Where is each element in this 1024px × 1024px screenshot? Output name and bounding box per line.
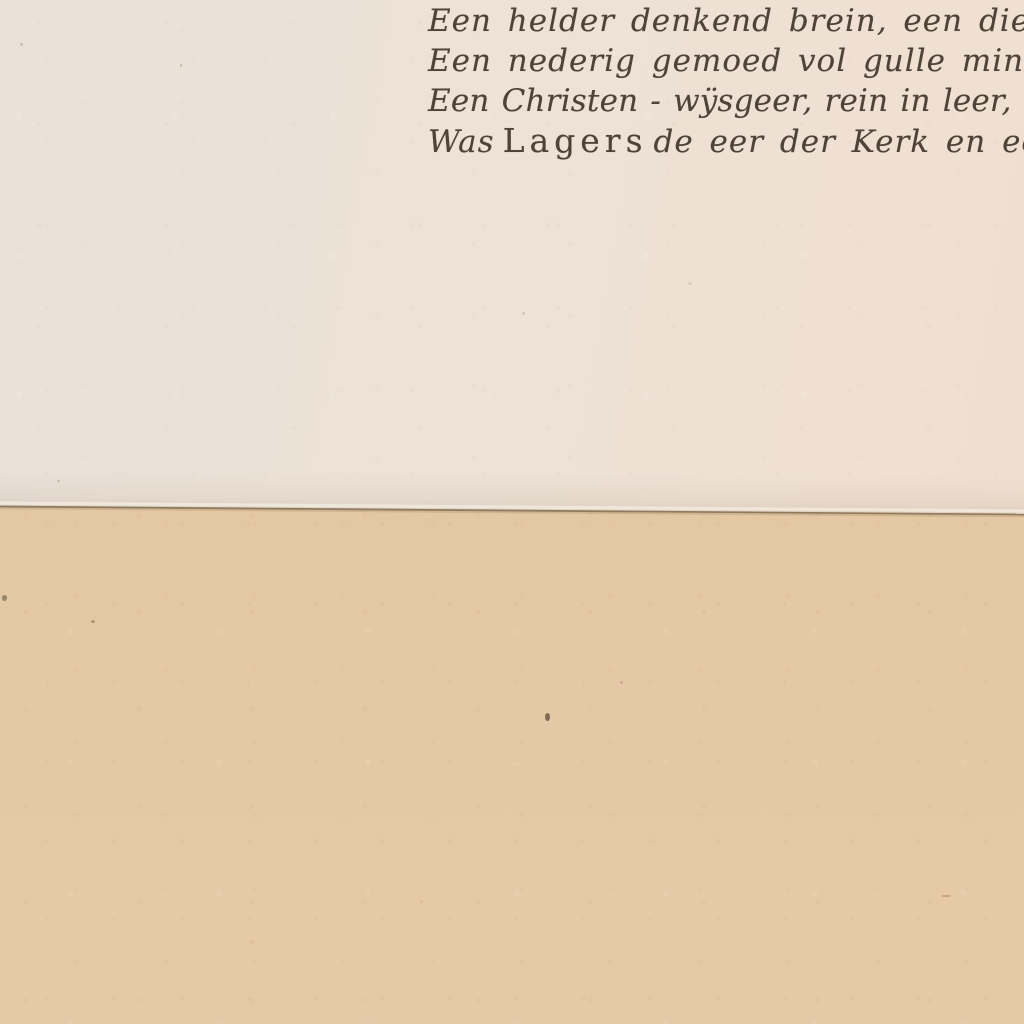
paper-speck-6	[420, 900, 423, 903]
poem-text-block: Een helder denkend brein, een diep dooEe…	[428, 1, 1024, 161]
paper-speck-5	[941, 895, 951, 897]
poem-line-2: Een nederig gemoed vol gulle minzaamh	[428, 41, 1024, 81]
poem-line-4-segment-3: de eer der Kerk en eer vo	[654, 124, 1024, 160]
poem-line-1: Een helder denkend brein, een diep doo	[428, 1, 1024, 41]
poem-line-1-segment-1: Een helder denkend brein, een diep doo	[428, 3, 1024, 39]
paper-speck-7	[20, 43, 23, 46]
paper-speck-2	[91, 620, 95, 623]
paper-speck-10	[522, 312, 525, 315]
poem-line-2-segment-1: Een nederig gemoed vol gulle minzaamh	[428, 43, 1024, 79]
poem-line-4-segment-2: Lagers	[495, 121, 654, 160]
paper-speck-12	[250, 940, 254, 944]
paper-speck-11	[180, 64, 182, 67]
paper-speck-4	[620, 681, 623, 684]
poem-line-3-segment-1: Een Christen - wÿsgeer, rein in leer, ge…	[428, 83, 1024, 119]
poem-line-3: Een Christen - wÿsgeer, rein in leer, ge…	[428, 81, 1024, 121]
poem-line-4: WasLagersde eer der Kerk en eer vo	[428, 121, 1024, 161]
paper-speck-9	[688, 282, 692, 285]
paper-speck-1	[2, 595, 7, 601]
paper-speck-3	[545, 713, 550, 721]
paper-speck-8	[57, 480, 60, 482]
poem-line-4-segment-1: Was	[428, 124, 495, 160]
scanned-print: Een helder denkend brein, een diep dooEe…	[0, 0, 1024, 1024]
